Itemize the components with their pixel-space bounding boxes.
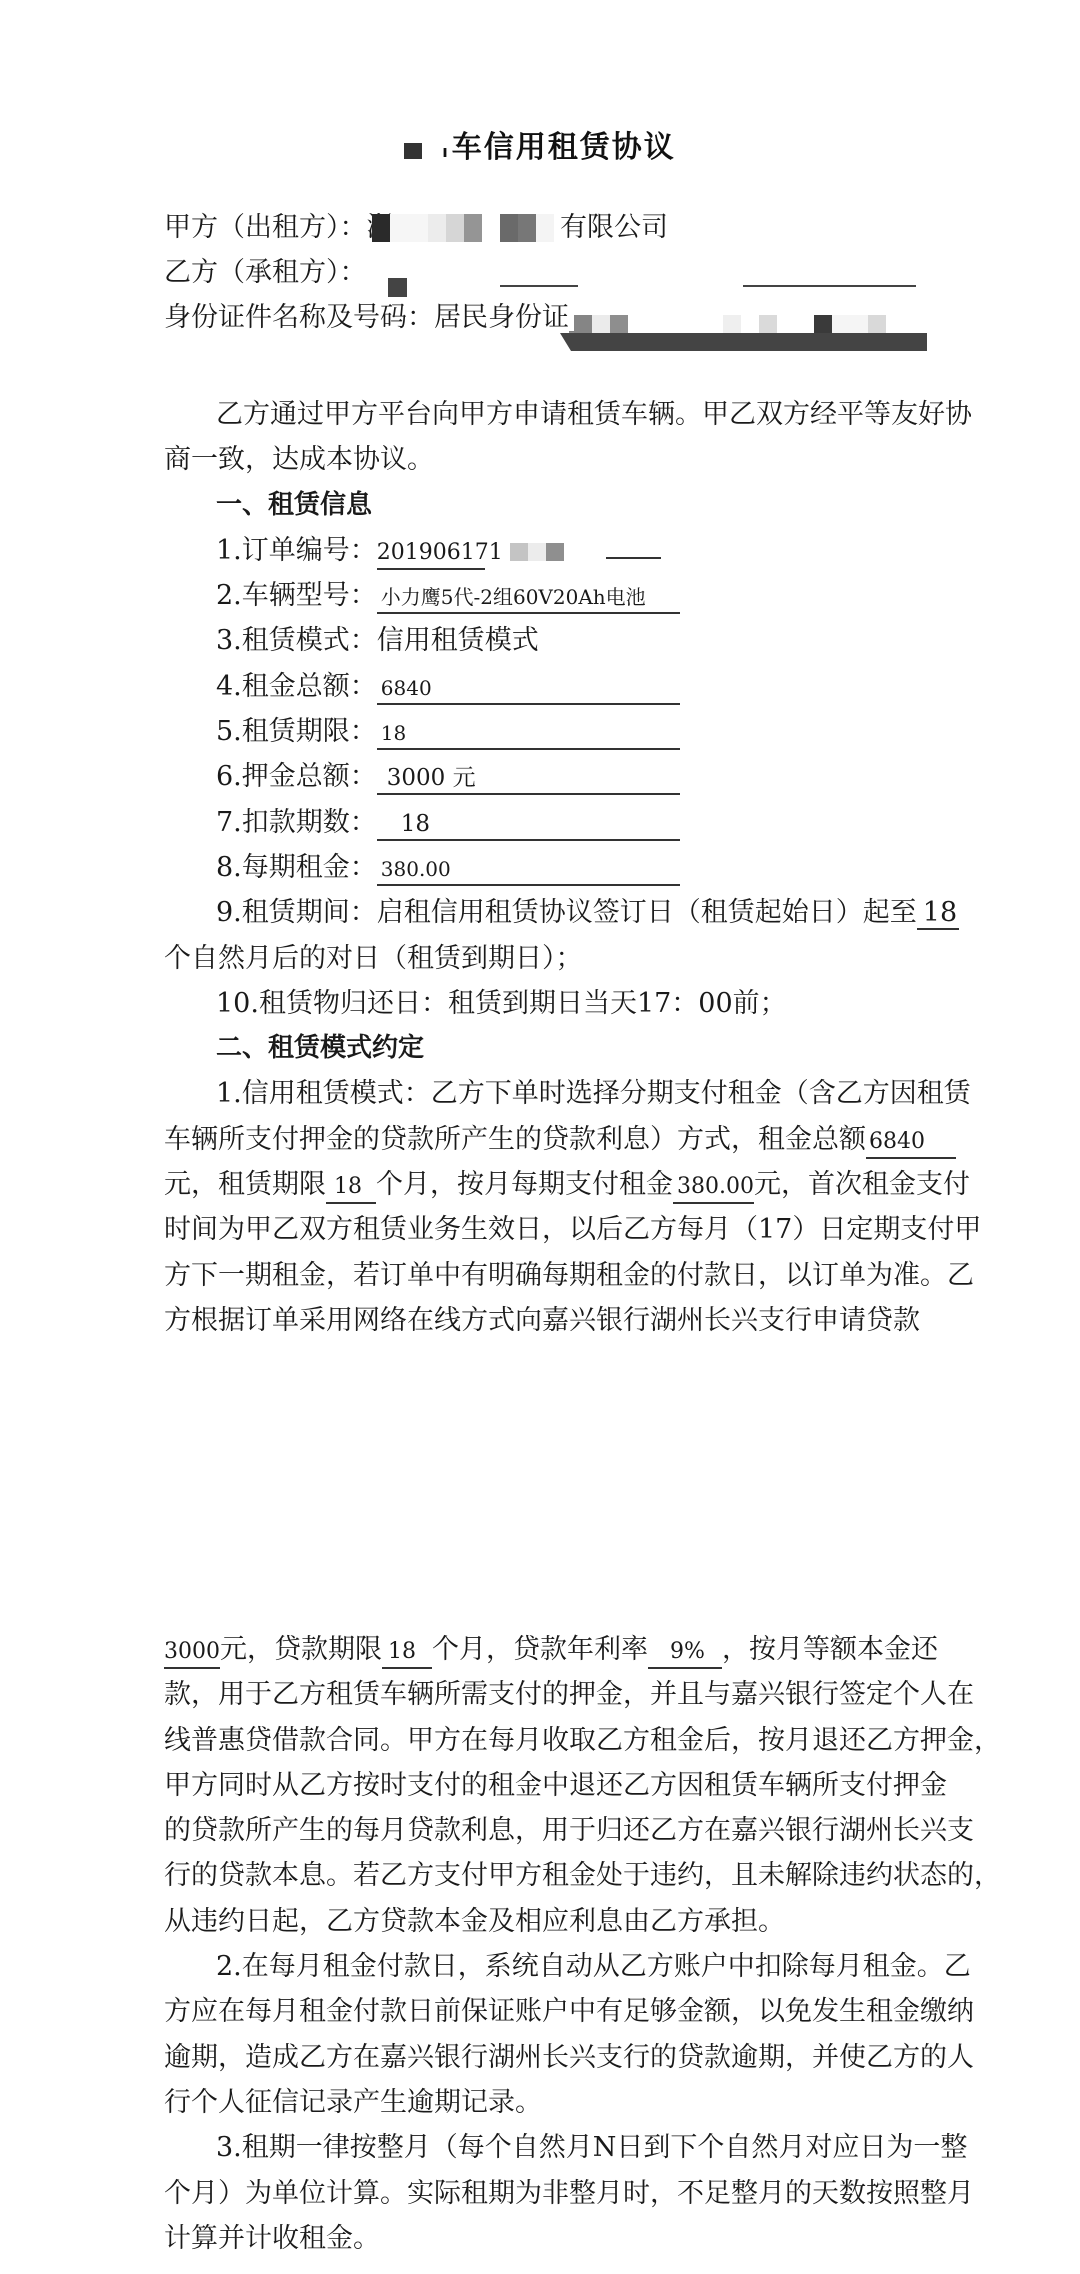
clause-1-cont-line-2: 款，用于乙方租赁车辆所需支付的押金，并且与嘉兴银行签定个人在 bbox=[164, 1672, 926, 1717]
clause-2-line-2: 方应在每月租金付款日前保证账户中有足够金额，以免发生租金缴纳 bbox=[164, 1989, 926, 2034]
clause-term: 18 bbox=[326, 1172, 376, 1204]
clause-1-line-1: 1.信用租赁模式：乙方下单时选择分期支付租金（含乙方因租赁 bbox=[164, 1071, 926, 1116]
item-return-date: 10.租赁物归还日：租赁到期日当天17：00前； bbox=[164, 981, 926, 1026]
rent-total-value: 6840 bbox=[377, 673, 680, 705]
item-monthly-rent: 8.每期租金：380.00 bbox=[164, 845, 926, 890]
title-fragment: ı bbox=[442, 142, 449, 161]
clause-3-line-1: 3.租期一律按整月（每个自然月N日到下个自然月对应日为一整 bbox=[164, 2125, 926, 2170]
item-deposit-total: 6.押金总额：3000 元 bbox=[164, 754, 926, 799]
deduction-count-value: 18 bbox=[377, 809, 680, 841]
loan-term: 18 bbox=[382, 1637, 432, 1669]
item-lease-term: 5.租赁期限：18 bbox=[164, 709, 926, 754]
party-b-label: 乙方（承租方）： bbox=[164, 250, 367, 295]
party-a-name-suffix: 有限公司 bbox=[560, 205, 668, 250]
clause-2-line-4: 行个人征信记录产生逾期记录。 bbox=[164, 2080, 926, 2125]
clause-1-cont-line-6: 行的贷款本息。若乙方支付甲方租金处于违约，且未解除违约状态的， bbox=[164, 1853, 926, 1898]
party-b-underline-1 bbox=[500, 285, 578, 287]
item-deduction-count: 7.扣款期数：18 bbox=[164, 800, 926, 845]
item-lease-period-cont: 个自然月后的对日（租赁到期日）； bbox=[164, 936, 926, 981]
body-section-2: 3000元，贷款期限18个月，贷款年利率9%，按月等额本金还 款，用于乙方租赁车… bbox=[164, 1627, 926, 2261]
vehicle-model-value: 小力鹰5代-2组60V20Ah电池 bbox=[377, 582, 680, 614]
clause-1-line-2: 车辆所支付押金的贷款所产生的贷款利息）方式，租金总额6840 bbox=[164, 1117, 926, 1162]
section-2-heading: 二、租赁模式约定 bbox=[164, 1026, 926, 1071]
clause-1-cont-line-3: 线普惠贷借款合同。甲方在每月收取乙方租金后，按月退还乙方押金， bbox=[164, 1718, 926, 1763]
monthly-rent-value: 380.00 bbox=[377, 854, 680, 886]
id-type: 居民身份证 bbox=[434, 302, 569, 333]
order-number-value: 201906171 bbox=[377, 538, 485, 570]
section-1-heading: 一、租赁信息 bbox=[164, 483, 926, 528]
document-title: ı车信用租赁协议 bbox=[0, 122, 1080, 166]
clause-1-cont-line-5: 的贷款所产生的每月贷款利息，用于归还乙方在嘉兴银行湖州长兴支 bbox=[164, 1808, 926, 1853]
lease-period-months: 18 bbox=[917, 898, 959, 930]
item-lease-period: 9.租赁期间：启租信用租赁协议签订日（租赁起始日）起至18 bbox=[164, 890, 926, 935]
clause-1-cont-line-1: 3000元，贷款期限18个月，贷款年利率9%，按月等额本金还 bbox=[164, 1627, 926, 1672]
id-label: 身份证件名称及号码： bbox=[164, 302, 434, 333]
lease-mode-value: 信用租赁模式 bbox=[377, 625, 539, 656]
deposit-total-value: 3000 元 bbox=[377, 763, 680, 795]
clause-1-line-6: 方根据订单采用网络在线方式向嘉兴银行湖州长兴支行申请贷款 bbox=[164, 1298, 926, 1343]
clause-monthly: 380.00 bbox=[673, 1172, 754, 1204]
intro-line-2: 商一致，达成本协议。 bbox=[164, 437, 926, 482]
id-line: 身份证件名称及号码：居民身份证_ bbox=[164, 295, 583, 340]
item-lease-mode: 3.租赁模式：信用租赁模式 bbox=[164, 618, 926, 663]
party-b-underline-2 bbox=[743, 285, 916, 287]
clause-3-line-2: 个月）为单位计算。实际租期为非整月时，不足整月的天数按照整月 bbox=[164, 2171, 926, 2216]
clause-2-line-1: 2.在每月租金付款日，系统自动从乙方账户中扣除每月租金。乙 bbox=[164, 1944, 926, 1989]
redaction-block bbox=[404, 143, 422, 159]
party-a-label: 甲方（出租方）： bbox=[164, 212, 367, 243]
clause-1-line-4: 时间为甲乙双方租赁业务生效日，以后乙方每月（17）日定期支付甲 bbox=[164, 1207, 926, 1252]
clause-rent-total: 6840 bbox=[866, 1127, 956, 1159]
clause-2-line-3: 逾期，造成乙方在嘉兴银行湖州长兴支行的贷款逾期，并使乙方的人 bbox=[164, 2035, 926, 2080]
clause-1-cont-line-7: 从违约日起，乙方贷款本金及相应利息由乙方承担。 bbox=[164, 1899, 926, 1944]
loan-amount: 3000 bbox=[164, 1637, 220, 1669]
lease-term-value: 18 bbox=[377, 718, 680, 750]
title-text: 车信用租赁协议 bbox=[452, 130, 676, 165]
clause-3-line-3: 计算并计收租金。 bbox=[164, 2216, 926, 2261]
item-vehicle-model: 2.车辆型号：小力鹰5代-2组60V20Ah电池 bbox=[164, 573, 926, 618]
item-rent-total: 4.租金总额：6840 bbox=[164, 664, 926, 709]
clause-1-line-5: 方下一期租金，若订单中有明确每期租金的付款日，以订单为准。乙 bbox=[164, 1253, 926, 1298]
item-order-number: 1.订单编号：201906171 bbox=[164, 528, 926, 573]
intro-line-1: 乙方通过甲方平台向甲方申请租赁车辆。甲乙双方经平等友好协 bbox=[164, 392, 926, 437]
party-a-line: 甲方（出租方）：浙 bbox=[164, 205, 394, 250]
loan-rate: 9% bbox=[648, 1637, 722, 1669]
clause-1-line-3: 元，租赁期限18个月，按月每期支付租金380.00元，首次租金支付 bbox=[164, 1162, 926, 1207]
clause-1-cont-line-4: 甲方同时从乙方按时支付的租金中退还乙方因租赁车辆所支付押金 bbox=[164, 1763, 926, 1808]
body-section-1: 乙方通过甲方平台向甲方申请租赁车辆。甲乙双方经平等友好协 商一致，达成本协议。 … bbox=[164, 392, 926, 1343]
